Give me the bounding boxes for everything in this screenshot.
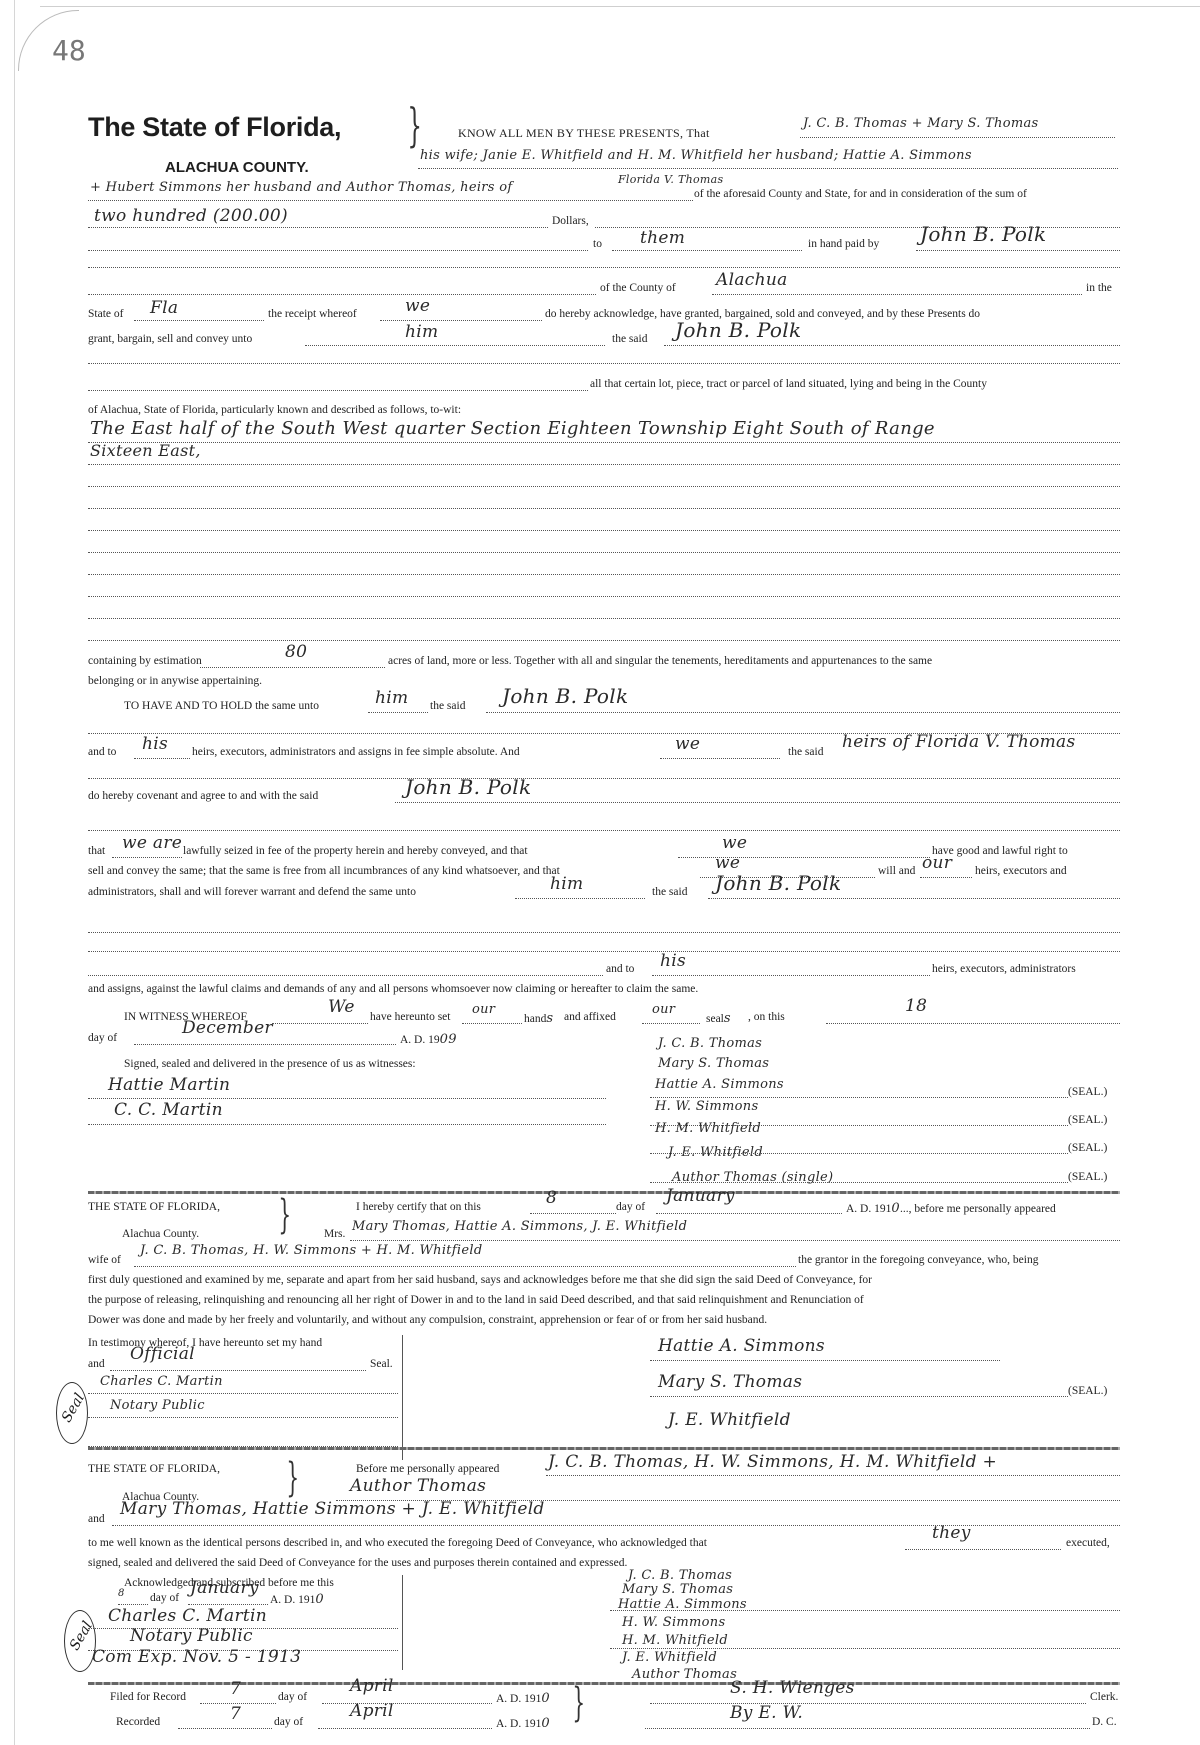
state-of-label: State of [88,308,123,320]
belonging-text: belonging or in anywise appertaining. [88,675,262,687]
dower-body-line-2: the purpose of releasing, relinquishing … [88,1294,864,1306]
dower-signature: Mary S. Thomas [658,1372,802,1392]
filed-year-suffix: 0 [541,1691,550,1706]
appeared-text: ..., before me personally appeared [900,1203,1056,1215]
filed-day: 7 [230,1679,241,1699]
clerk-label: Clerk. [1090,1691,1118,1703]
they-value: they [932,1523,971,1543]
recorded-month: April [350,1701,394,1721]
deputy-label: D. C. [1092,1716,1117,1728]
witness-month-value: December [182,1018,273,1038]
and-to-label: and to [88,746,116,758]
dower-signature: Hattie A. Simmons [658,1336,825,1356]
brace-icon: } [407,98,422,152]
recorded-label: Recorded [116,1716,160,1728]
seal-label: (SEAL.) [1068,1385,1107,1397]
and-to-2-value: his [660,951,686,971]
of-county-label: of the County of [600,282,676,294]
covenant-text: do hereby covenant and agree to and with… [88,790,318,802]
brace-icon: } [278,1192,291,1238]
to-label: to [593,238,602,250]
sell-convey-text: sell and convey the same; that the same … [88,865,560,877]
and-label: and [88,1358,105,1370]
sell-value: we [715,853,740,873]
good-right-text: have good and lawful right to [932,845,1068,857]
will-and-value: our [922,853,952,873]
hand-label: hand [524,1013,546,1025]
habendum-unto-value: him [375,688,408,708]
receipt-value: we [405,296,430,316]
grantors-line-3: + Hubert Simmons her husband and Author … [90,180,512,195]
heirs-exec-2-text: heirs, executors, administrators [932,963,1076,975]
dower-day-value: 8 [546,1188,557,1208]
notary-title: Notary Public [110,1398,205,1413]
filed-day-of: day of [278,1691,307,1703]
defend-unto-value: him [550,874,583,894]
official-value: Official [130,1344,195,1364]
grantor-signature: Mary S. Thomas [658,1056,769,1071]
seal-label: (SEAL.) [1068,1114,1107,1126]
recorded-day: 7 [230,1704,241,1724]
land-description-line-1: The East half of the South West quarter … [90,418,935,439]
seized-value: we [722,833,747,853]
county-value: Alachua [716,270,788,290]
dower-signature: J. E. Whitfield [668,1410,791,1430]
dower-month-value: January [666,1186,735,1206]
admin-text: administrators, shall and will forever w… [88,886,416,898]
ack-signed-text: signed, sealed and delivered the said De… [88,1557,627,1569]
page-number: 48 [52,34,86,67]
the-said-value: John B. Polk [675,318,801,342]
seal-word: Seal. [370,1358,393,1370]
ack-signature: H. M. Whitfield [622,1633,728,1648]
will-and-label: will and [878,865,915,877]
dower-state-label: THE STATE OF FLORIDA, [88,1201,220,1213]
ack-ad-label: A. D. 191 [270,1594,315,1606]
wife-of-label: wife of [88,1254,121,1266]
filed-ad: A. D. 191 [496,1693,541,1705]
affixed-label: and affixed [564,1011,616,1023]
ack-year-suffix: 0 [315,1592,324,1607]
grantors-line-2: his wife; Janie E. Whitfield and H. M. W… [420,148,972,163]
grantors-line-1: J. C. B. Thomas + Mary S. Thomas [803,116,1039,131]
testimony-text: In testimony whereof, I have hereunto se… [88,1337,322,1349]
know-all-men-text: KNOW ALL MEN BY THESE PRESENTS, That [458,126,710,141]
ad-label: A. D. 19 [400,1034,440,1046]
habendum-label: TO HAVE AND TO HOLD the same unto [124,700,319,712]
grantor-signature: H. W. Simmons [655,1099,758,1114]
section-divider [88,1682,1120,1685]
recorded-year-suffix: 0 [541,1716,550,1731]
ack-signature: J. C. B. Thomas [628,1568,732,1583]
grantor-signature: Hattie A. Simmons [655,1077,784,1092]
in-the-label: in the [1086,282,1112,294]
witness-day-value: 18 [905,996,927,1016]
brace-icon: } [572,1680,585,1726]
heirs-exec-text: heirs, executors and [975,865,1067,877]
grantor-signature: H. M. Whitfield [655,1121,761,1136]
habendum-said-value: John B. Polk [502,684,628,708]
receipt-label: the receipt whereof [268,308,357,320]
acres-text: acres of land, more or less. Together wi… [388,655,932,667]
certify-text: I hereby certify that on this [356,1201,481,1213]
wife-of-value: J. C. B. Thomas, H. W. Simmons + H. M. W… [140,1243,482,1258]
that-value: we are [122,833,182,853]
land-description-line-2: Sixteen East, [90,441,201,460]
dower-body-line-1: first duly questioned and examined by me… [88,1274,872,1286]
recorded-day-of: day of [274,1716,303,1728]
witness-signature: Hattie Martin [108,1075,230,1095]
to-value: them [640,228,685,248]
ack-notary-title: Notary Public [130,1626,253,1646]
filed-label: Filed for Record [110,1691,186,1703]
year-suffix: 09 [440,1032,457,1047]
witness-whereof-value: We [328,997,355,1017]
commission-expiry: Com Exp. Nov. 5 - 1913 [92,1647,301,1667]
acres-value: 80 [285,642,307,662]
aforesaid-text: of the aforesaid County and State, for a… [694,188,1027,200]
containing-label: containing by estimation [88,655,202,667]
and-to-2-label: and to [606,963,634,975]
ack-signature: Mary S. Thomas [622,1582,733,1597]
section-divider [88,1447,1120,1450]
sum-written: two hundred (200.00) [94,206,288,226]
ack-notary-name: Charles C. Martin [108,1606,267,1626]
and-to-value: his [142,734,168,754]
paid-by-label: in hand paid by [808,238,879,250]
dower-year-suffix: 0 [891,1201,900,1216]
seal-label: (SEAL.) [1068,1171,1107,1183]
heirs-said-value: heirs of Florida V. Thomas [842,732,1076,752]
dower-day-of-label: day of [616,1201,645,1213]
heirs-of-superscript: Florida V. Thomas [618,173,723,186]
on-this-label: , on this [748,1011,785,1023]
mrs-value: Mary Thomas, Hattie A. Simmons, J. E. Wh… [352,1219,687,1234]
clerk-signature: S. H. Wienges [730,1678,855,1698]
section-divider [88,1191,1120,1194]
filed-month: April [350,1676,394,1696]
state-value: Fla [150,298,178,318]
ack-signature: J. E. Whitfield [622,1650,717,1665]
grantor-text: the grantor in the foregoing conveyance,… [798,1254,1038,1266]
hereunto-value: our [472,1002,495,1017]
affixed-value: our [652,1002,675,1017]
ack-state-label: THE STATE OF FLORIDA, [88,1463,220,1475]
assigns-text: and assigns, against the lawful claims a… [88,983,698,995]
ack-and-label: and [88,1513,105,1525]
seal-suffix: s [724,1011,731,1026]
heirs-said-label: the said [788,746,823,758]
ack-day-value: 8 [118,1588,125,1599]
dower-body-line-3: Dower was done and made by her freely an… [88,1314,767,1326]
seal-label: (SEAL.) [1068,1142,1107,1154]
defend-said-value: John B. Polk [715,871,841,895]
witness-signature: C. C. Martin [114,1100,223,1120]
seal-label: (SEAL.) [1068,1086,1107,1098]
ack-day-of-label: day of [150,1592,179,1604]
covenant-value: John B. Polk [405,775,531,799]
signed-sealed-text: Signed, sealed and delivered in the pres… [124,1058,416,1070]
dower-ad-label: A. D. 191 [846,1203,891,1215]
and-value: we [675,734,700,754]
seal-label: seal [706,1013,724,1025]
hereunto-label: have hereunto set [370,1011,450,1023]
grantee-name: John B. Polk [920,222,1046,246]
grant-text: grant, bargain, sell and convey unto [88,333,252,345]
grantor-signature: J. C. B. Thomas [658,1036,762,1051]
county-title: ALACHUA COUNTY. [165,159,309,176]
page-edge [40,6,1200,7]
dower-county-label: Alachua County. [122,1228,199,1240]
deed-page: 48 The State of Florida, } ALACHUA COUNT… [0,0,1200,1745]
ack-month-value: January [190,1578,259,1598]
page-edge [14,0,15,1745]
notary-name: Charles C. Martin [100,1374,223,1389]
ack-appeared-line-1: J. C. B. Thomas, H. W. Simmons, H. M. Wh… [548,1452,997,1472]
all-that-text: all that certain lot, piece, tract or pa… [590,378,987,390]
ack-signature: H. W. Simmons [622,1615,725,1630]
mrs-label: Mrs. [324,1228,345,1240]
the-said-label: the said [612,333,647,345]
executed-label: executed, [1066,1537,1110,1549]
convey-unto-value: him [405,322,438,342]
state-title: The State of Florida, [88,112,341,143]
ack-appeared-text: Before me personally appeared [356,1463,499,1475]
seized-text: lawfully seized in fee of the property h… [183,845,528,857]
brace-icon: } [286,1455,299,1501]
ack-appeared-line-2: Author Thomas [350,1476,486,1496]
heirs-text: heirs, executors, administrators and ass… [192,746,520,758]
dollars-label: Dollars, [552,215,589,227]
ack-signature: Author Thomas [632,1667,737,1682]
habendum-said-label: the said [430,700,465,712]
hand-suffix: s [546,1011,553,1026]
defend-said-label: the said [652,886,687,898]
that-label: that [88,845,105,857]
known-text: to me well known as the identical person… [88,1537,707,1549]
ack-and-value: Mary Thomas, Hattie Simmons + J. E. Whit… [120,1499,545,1519]
day-of-label: day of [88,1032,117,1044]
of-alachua-text: of Alachua, State of Florida, particular… [88,404,461,416]
deputy-signature: By E. W. [730,1703,803,1723]
recorded-ad: A. D. 191 [496,1718,541,1730]
